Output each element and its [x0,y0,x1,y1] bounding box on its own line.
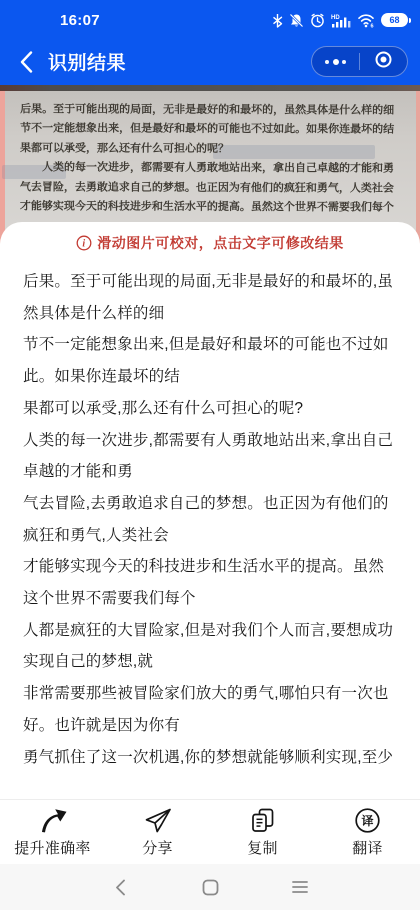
nav-home-icon[interactable] [201,878,219,896]
ocr-text-line[interactable]: 然具体是什么样的细 [23,298,397,330]
tool-label: 提升准确率 [14,837,91,858]
phone-screen: 16:07 HD 6 68 识别结果 [0,0,420,910]
ocr-text-line[interactable]: 这个世界不需要我们每个 [23,583,397,615]
svg-text:HD: HD [331,15,340,21]
status-icons: HD 6 68 [272,13,408,28]
tool-label: 分享 [142,837,173,858]
photo-top-edge [0,85,420,91]
ocr-text-line[interactable]: 气去冒险,去勇敢追求自己的梦想。也正因为有他们的 [23,488,397,520]
photo-text-line: 后果。至于可能出现的局面，无非是最好的和最坏的，虽然具体是什么样的细 [20,100,406,121]
page-title: 识别结果 [48,48,126,75]
system-nav-bar [0,864,420,910]
ocr-text-line[interactable]: 人类的每一次进步,都需要有人勇敢地站出来,拿出自己 [23,425,397,457]
back-button[interactable] [12,48,40,76]
tool-label: 翻译 [352,837,383,858]
trend-up-arrow-icon [38,807,68,834]
ocr-text-line[interactable]: 非常需要那些被冒险家们放大的勇气,哪怕只有一次也 [23,678,397,710]
photo-text-line: 才能够实现今天的科技进步和生活水平的提高。虽然这个世界不需要我们每个 [20,197,406,218]
svg-text:6: 6 [371,23,374,28]
close-minimize-button[interactable] [360,47,407,76]
translate-button[interactable]: 译 翻译 [315,807,420,858]
ocr-text-line[interactable]: 人都是疯狂的大冒险家,但是对我们个人而言,要想成功 [23,615,397,647]
ocr-text-line[interactable]: 后果。至于可能出现的局面,无非是最好的和最坏的,虽 [23,266,397,298]
copy-button[interactable]: 复制 [210,807,315,858]
recognized-text: 后果。至于可能出现的局面,无非是最好的和最坏的,虽然具体是什么样的细节不一定能想… [23,266,397,773]
more-dots-icon [325,59,346,65]
ocr-text-line[interactable]: 果都可以承受,那么还有什么可担心的呢? [23,393,397,425]
hint-text: 滑动图片可校对，点击文字可修改结果 [97,233,344,253]
improve-accuracy-button[interactable]: 提升准确率 [0,807,105,858]
battery-icon: 68 [381,13,408,27]
copy-pages-icon [249,807,276,834]
result-card: i 滑动图片可校对，点击文字可修改结果 后果。至于可能出现的局面,无非是最好的和… [0,222,420,800]
app-header: 识别结果 [0,38,420,85]
ocr-text-line[interactable]: 好。也许就是因为你有 [23,710,397,742]
paper-plane-icon [144,807,172,834]
photo-text-line: 气去冒险，去勇敢追求自己的梦想。也正因为有他们的疯狂和勇气，人类社会 [20,178,406,199]
ocr-text-line[interactable]: 节不一定能想象出来,但是最好和最坏的可能也不过如 [23,329,397,361]
ocr-text-line[interactable]: 实现自己的梦想,就 [23,646,397,678]
nav-recents-icon[interactable] [291,878,309,896]
clock: 16:07 [60,12,100,29]
hint-banner: i 滑动图片可校对，点击文字可修改结果 [0,233,420,253]
photo-text-line: 节不一定能想象出来，但是最好和最坏的可能也不过如此。如果你连最坏的结 [20,120,406,141]
ocr-text-line[interactable]: 疯狂和勇气,人类社会 [23,520,397,552]
svg-text:i: i [83,239,86,250]
wifi6-icon: 6 [358,13,375,28]
alarm-icon [310,13,325,28]
share-button[interactable]: 分享 [105,807,210,858]
miniprogram-capsule [311,46,408,77]
action-toolbar: 提升准确率 分享 复制 译 翻译 [0,799,420,864]
ocr-text-line[interactable]: 勇气抓住了这一次机遇,你的梦想就能够顺利实现,至少 [23,742,397,774]
bluetooth-icon [272,13,283,28]
ocr-text-line[interactable]: 卓越的才能和勇 [23,456,397,488]
ocr-text-line[interactable]: 此。如果你连最坏的结 [23,361,397,393]
svg-text:译: 译 [361,812,373,827]
status-bar: 16:07 HD 6 68 [0,0,420,38]
info-icon: i [76,235,92,251]
photo-text: 后果。至于可能出现的局面，无非是最好的和最坏的，虽然具体是什么样的细节不一定能想… [20,100,406,218]
circle-target-icon [374,50,393,74]
mute-icon [289,13,304,28]
photo-text-line: 果都可以承受，那么还有什么可担心的呢？ [20,139,406,160]
ocr-text-line[interactable]: 才能够实现今天的科技进步和生活水平的提高。虽然 [23,551,397,583]
more-options-button[interactable] [312,47,359,76]
nav-back-icon[interactable] [111,878,129,896]
signal-hd-icon: HD [331,13,352,28]
translate-circle-icon: 译 [354,807,381,834]
battery-percent: 68 [389,16,399,25]
photo-text-line: 人类的每一次进步，都需要有人勇敢地站出来，拿出自己卓越的才能和勇 [20,159,406,180]
tool-label: 复制 [247,837,278,858]
